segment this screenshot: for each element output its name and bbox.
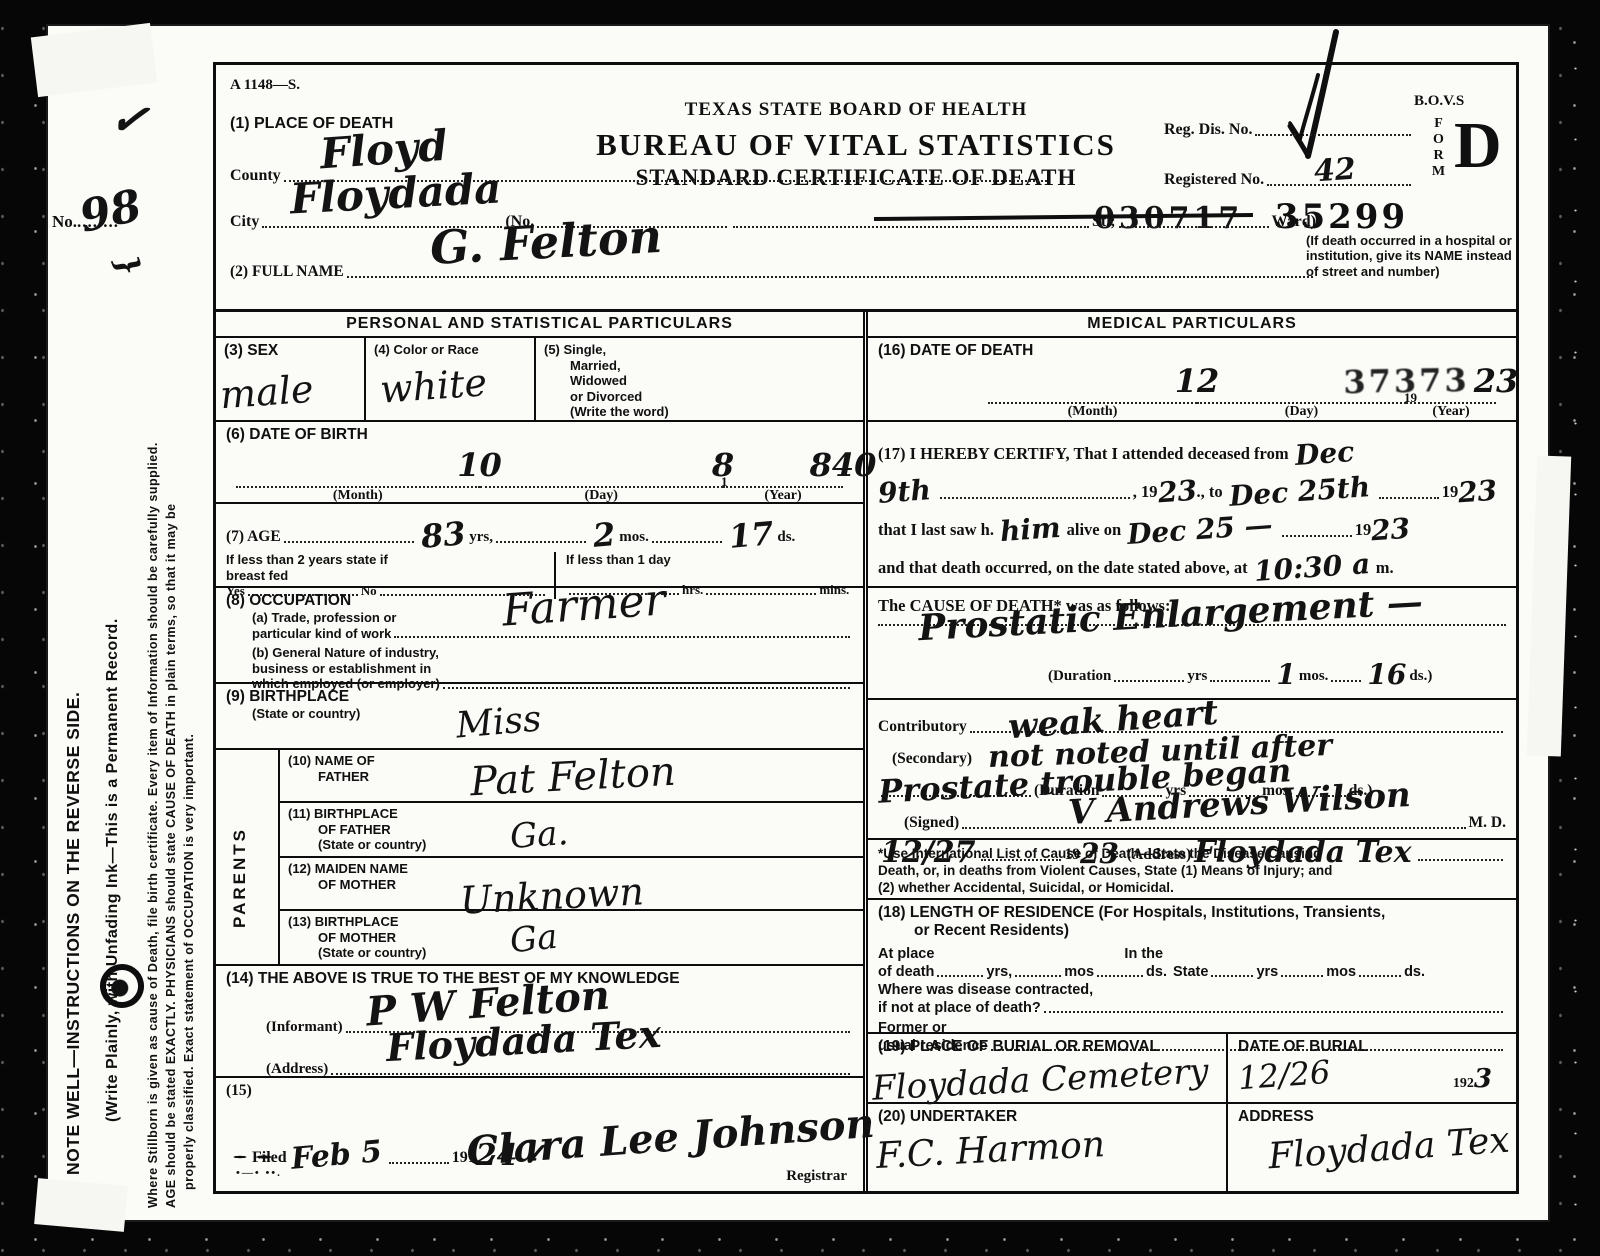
occ-a-line2: particular kind of work	[252, 626, 391, 642]
city-field: City (No. St.; Ward) Floydada	[230, 213, 1316, 231]
at-place-label1: At place	[878, 946, 934, 962]
ink-stamp-blob	[222, 1149, 282, 1165]
street-label: St.;	[1092, 213, 1116, 231]
margin-note-instructions-1: Where Stillborn is given as cause of Dea…	[146, 442, 160, 1208]
year-printed: , 19	[1133, 482, 1158, 502]
informant-section: (14) THE ABOVE IS TRUE TO THE BEST OF MY…	[216, 966, 863, 1078]
year-printed2: 19	[1442, 482, 1459, 502]
dod-month-field: 12 (Month)	[988, 390, 1197, 420]
parents-section: PARENTS (10) NAME OF FATHER Pat Felton (…	[216, 750, 863, 966]
hospital-note: (If death occurred in a hospital or inst…	[1306, 233, 1514, 279]
dod-year-field: 19 23 (Year)	[1406, 390, 1496, 420]
handwritten-burial-year: 3	[1474, 1064, 1492, 1094]
breastfed-line1: If less than 2 years state if	[226, 552, 548, 568]
yrs-unit: yrs	[1187, 668, 1207, 685]
burial-section: (19) PLACE OF BURIAL OR REMOVAL Floydada…	[868, 1034, 1516, 1104]
checkmark-icon: ✓	[106, 90, 152, 149]
occ-b-line1: (b) General Nature of industry,	[252, 645, 853, 661]
handwritten-age-days: 17	[727, 514, 775, 556]
footnote-line3: (2) whether Accidental, Suicidal, or Hom…	[878, 880, 1506, 897]
margin-note-reverse-side: NOTE WELL—INSTRUCTIONS ON THE REVERSE SI…	[63, 692, 84, 1175]
month-caption: (Month)	[1068, 404, 1118, 419]
full-name-field: (2) FULL NAME G. Felton	[230, 263, 1316, 281]
father-birthplace-field: (11) BIRTHPLACE OF FATHER (State or coun…	[280, 803, 863, 858]
handwritten-from-year: 23	[1156, 474, 1197, 510]
age-label: (7) AGE	[226, 528, 281, 546]
medical-particulars-column: MEDICAL PARTICULARS (16) DATE OF DEATH 1…	[863, 312, 1516, 1191]
state-label: State	[1173, 964, 1208, 980]
city-label: City	[230, 213, 259, 231]
filed-section: (15) Filed Feb 5 19124 ✓ Clara Lee Johns…	[216, 1078, 863, 1191]
certificate-number: No......... 98 }	[52, 212, 119, 232]
year-prefix: 19	[1404, 390, 1417, 406]
res-yrs: yrs,	[986, 964, 1012, 980]
footnote-line1: *Use International List of Cause of Deat…	[878, 846, 1506, 863]
mbp-label3: (State or country)	[288, 945, 855, 961]
undertaker-address-field: ADDRESS Floydada Tex	[1228, 1104, 1516, 1191]
age-row: (7) AGE 83 yrs, 2 mos. 17 ds. If less th…	[216, 504, 863, 588]
margin-note-instructions-2: AGE should be stated EXACTLY. PHYSICIANS…	[164, 503, 178, 1208]
handwritten-cause-of-death: Prostatic Enlargement —	[917, 581, 1424, 649]
handwritten-duration-months: 1	[1276, 658, 1295, 691]
bovs-form-d: B.O.V.S FORM D	[1414, 93, 1514, 184]
md-label: M. D.	[1469, 814, 1506, 832]
lessday-label: If less than 1 day	[566, 552, 853, 568]
informant-address-label: (Address)	[266, 1061, 328, 1078]
res-ds: ds.	[1146, 964, 1167, 980]
personal-particulars-column: PERSONAL AND STATISTICAL PARTICULARS (3)…	[216, 312, 863, 1191]
mbp-label2: OF MOTHER	[288, 930, 855, 946]
ds-unit: ds.	[777, 529, 795, 546]
handwritten-burial-date: 12/26	[1237, 1053, 1332, 1097]
fbp-label1: (11) BIRTHPLACE	[288, 806, 855, 822]
ward-label: Ward)	[1272, 213, 1316, 231]
father-name-field: (10) NAME OF FATHER Pat Felton	[280, 750, 863, 803]
handwritten-him: him	[999, 511, 1062, 548]
handwritten-sex: male	[219, 367, 315, 417]
year-printed3: 19	[1355, 520, 1372, 540]
bovs-label: B.O.V.S	[1414, 93, 1514, 110]
marital-line: or Divorced	[544, 389, 855, 405]
certificate-paper: NOTE WELL—INSTRUCTIONS ON THE REVERSE SI…	[48, 26, 1548, 1220]
day-caption: (Day)	[1285, 404, 1318, 419]
day-caption: (Day)	[585, 488, 618, 503]
handwritten-last-saw-year: 23	[1370, 512, 1411, 548]
handwritten-from-day: 9th	[877, 473, 932, 510]
color-race-field: (4) Color or Race white	[366, 338, 536, 420]
form-letter-d: D	[1454, 116, 1502, 175]
res-ds2: ds.	[1404, 964, 1425, 980]
color-race-label: (4) Color or Race	[374, 342, 526, 358]
date-of-burial-field: DATE OF BURIAL 12/26 1923	[1228, 1034, 1516, 1102]
in-the-label: In the	[1124, 946, 1163, 962]
date-of-birth-row: (6) DATE OF BIRTH 10 (Month) 8 (Day) 1 8	[216, 422, 863, 504]
res-yrs2: yrs	[1256, 964, 1278, 980]
residence-label2: or Recent Residents)	[878, 922, 1506, 940]
duration-label: (Duration	[1048, 668, 1111, 685]
handwritten-full-name: G. Felton	[429, 209, 663, 275]
length-of-residence-section: (18) LENGTH OF RESIDENCE (For Hospitals,…	[868, 900, 1516, 1034]
mbp-label1: (13) BIRTHPLACE	[288, 914, 855, 930]
fbp-label2: OF FATHER	[288, 822, 855, 838]
margin-note-instructions-3: properly classified. Exact statement of …	[182, 734, 196, 1190]
handwritten-age-years: 83	[419, 514, 467, 556]
scan-tear	[1527, 455, 1571, 756]
parents-side-label: PARENTS	[216, 750, 280, 964]
handwritten-burial-place: Floydada Cemetery	[871, 1051, 1209, 1109]
occ-b-line2: business or establishment in	[252, 661, 853, 677]
burial-year-prefix: 192	[1453, 1076, 1474, 1091]
yrs-unit: yrs,	[469, 529, 493, 546]
signed-label: (Signed)	[878, 814, 959, 832]
handwritten-birthplace: Miss	[454, 698, 543, 746]
alive-on-label: alive on	[1067, 520, 1122, 540]
last-saw-label: that I last saw h.	[878, 520, 994, 540]
dob-day-field: 8 (Day)	[480, 474, 724, 504]
handwritten-father-birthplace: Ga.	[509, 813, 570, 857]
fbp-label3: (State or country)	[288, 837, 855, 853]
residence-label1: (18) LENGTH OF RESIDENCE (For Hospitals,…	[878, 904, 1506, 922]
handwritten-squiggle: }	[108, 250, 147, 280]
handwritten-registered-no: 42	[1313, 152, 1357, 190]
m-label: m.	[1376, 558, 1394, 578]
year-caption: (Year)	[1432, 404, 1469, 419]
burial-date-label: DATE OF BURIAL	[1238, 1038, 1506, 1056]
where-contracted-label2: if not at place of death?	[878, 1000, 1041, 1016]
res-mos: mos	[1064, 964, 1094, 980]
handwritten-filed-date: Feb 5	[289, 1134, 383, 1177]
dod-label: (16) DATE OF DEATH	[878, 342, 1506, 360]
ds-unit: ds.)	[1409, 668, 1432, 685]
year-caption: (Year)	[764, 488, 801, 503]
handwritten-undertaker-address: Floydada Tex	[1267, 1120, 1511, 1178]
handwritten-number: 98	[75, 180, 145, 243]
form-header: A 1148—S. TEXAS STATE BOARD OF HEALTH BU…	[216, 65, 1516, 312]
undertaker-label: (20) UNDERTAKER	[878, 1108, 1216, 1126]
dod-day-field: 37373 (Day)	[1197, 390, 1406, 420]
birthplace-row: (9) BIRTHPLACE (State or country) Miss	[216, 684, 863, 750]
county-label: County	[230, 167, 281, 185]
place-of-death-section: (1) PLACE OF DEATH County Floyd City (No…	[230, 115, 1310, 281]
undertaker-section: (20) UNDERTAKER F.C. Harmon ADDRESS Floy…	[868, 1104, 1516, 1191]
handwritten-city: Floydada	[289, 164, 503, 224]
occupation-row: (8) OCCUPATION (a) Trade, profession or …	[216, 588, 863, 684]
handwritten-race: white	[379, 360, 489, 411]
mos-unit: mos.	[1299, 668, 1329, 685]
marital-line: (Write the word)	[544, 404, 855, 420]
dob-year-field: 1 840 (Year)	[723, 474, 843, 504]
death-occurred-label: and that death occurred, on the date sta…	[878, 558, 1248, 578]
handwritten-age-months: 2	[591, 515, 616, 555]
breastfed-line2: breast fed	[226, 568, 548, 584]
full-name-label: (2) FULL NAME	[230, 263, 344, 281]
where-contracted-label1: Where was disease contracted,	[878, 982, 1093, 998]
year-prefix: 1	[721, 474, 728, 490]
scanned-death-certificate: { "sidebar": { "no_label": "No.", "no_va…	[0, 0, 1600, 1256]
sex-race-marital-row: (3) SEX male (4) Color or Race white (5)…	[216, 338, 863, 422]
sex-field: (3) SEX male	[216, 338, 366, 420]
handwritten-to-year: 23	[1457, 474, 1498, 510]
secondary-label: (Secondary)	[878, 750, 972, 768]
handwritten-undertaker: F.C. Harmon	[875, 1124, 1106, 1177]
dob-label: (6) DATE OF BIRTH	[226, 426, 853, 444]
parents-text: PARENTS	[230, 827, 250, 928]
month-caption: (Month)	[333, 488, 383, 503]
mos-unit: mos.	[619, 529, 649, 546]
contributory-section: Contributory (Secondary) (Duration yrs m…	[868, 700, 1516, 840]
form-columns: PERSONAL AND STATISTICAL PARTICULARS (3)…	[216, 312, 1516, 1191]
at-place-label2: of death	[878, 964, 934, 980]
scan-tear	[31, 23, 157, 97]
handwritten-duration-days: 16	[1367, 658, 1406, 691]
dob-month-field: 10 (Month)	[236, 474, 480, 504]
mother-birthplace-field: (13) BIRTHPLACE OF MOTHER (State or coun…	[280, 911, 863, 964]
handwritten-occupation: Farmer	[500, 574, 667, 636]
marital-line: (5) Single,	[544, 342, 855, 358]
mother-name-field: (12) MAIDEN NAME OF MOTHER Unknown	[280, 858, 863, 911]
registrar-label: Registrar	[786, 1168, 847, 1185]
handwritten-from-month: Dec	[1293, 435, 1354, 472]
form-code: A 1148—S.	[230, 77, 300, 94]
informant-address-field: (Address) Floydada Tex	[266, 1044, 853, 1078]
handwritten-mother-birthplace: Ga	[508, 917, 559, 962]
form-word: FORM	[1430, 116, 1446, 180]
certification-statement: (17) I HEREBY CERTIFY, That I attended d…	[868, 422, 1516, 588]
marital-line: Widowed	[544, 373, 855, 389]
date-of-death-row: (16) DATE OF DEATH 12 (Month) 37373 (Day…	[868, 338, 1516, 422]
personal-column-header: PERSONAL AND STATISTICAL PARTICULARS	[216, 312, 863, 338]
certify-line1: (17) I HEREBY CERTIFY, That I attended d…	[878, 444, 1289, 464]
margin-note-permanent-record: (Write Plainly, with Unfading Ink—This i…	[104, 618, 122, 1122]
cause-duration-field: (Duration yrs 1 mos. 16 ds.)	[878, 652, 1506, 685]
marital-status-field: (5) Single, Married, Widowed or Divorced…	[536, 338, 863, 420]
sex-label: (3) SEX	[224, 342, 356, 360]
to-label: ., to	[1197, 482, 1223, 502]
place-of-burial-field: (19) PLACE OF BURIAL OR REMOVAL Floydada…	[868, 1034, 1228, 1102]
item-15-label: (15)	[226, 1082, 853, 1100]
cause-of-death-section: Prostatic Enlargement — (Duration yrs 1 …	[868, 588, 1516, 700]
footnote-line2: Death, or, in deaths from Violent Causes…	[878, 863, 1506, 880]
scan-tear	[34, 1178, 128, 1232]
marital-line: Married,	[544, 358, 855, 374]
stamp-marks: •—• ••.	[236, 1167, 282, 1179]
medical-column-header: MEDICAL PARTICULARS	[868, 312, 1516, 338]
certificate-form: A 1148—S. TEXAS STATE BOARD OF HEALTH BU…	[213, 62, 1519, 1194]
no-label: No.	[52, 212, 77, 231]
undertaker-field: (20) UNDERTAKER F.C. Harmon	[868, 1104, 1228, 1191]
handwritten-dod-year: 23	[1451, 362, 1541, 400]
res-mos2: mos	[1326, 964, 1356, 980]
footnote-section: *Use International List of Cause of Deat…	[868, 840, 1516, 900]
informant-label: (Informant)	[266, 1019, 343, 1036]
contributory-label: Contributory	[878, 718, 967, 736]
cause-line: Prostatic Enlargement —	[878, 592, 1506, 626]
handwritten-father-name: Pat Felton	[469, 749, 677, 806]
